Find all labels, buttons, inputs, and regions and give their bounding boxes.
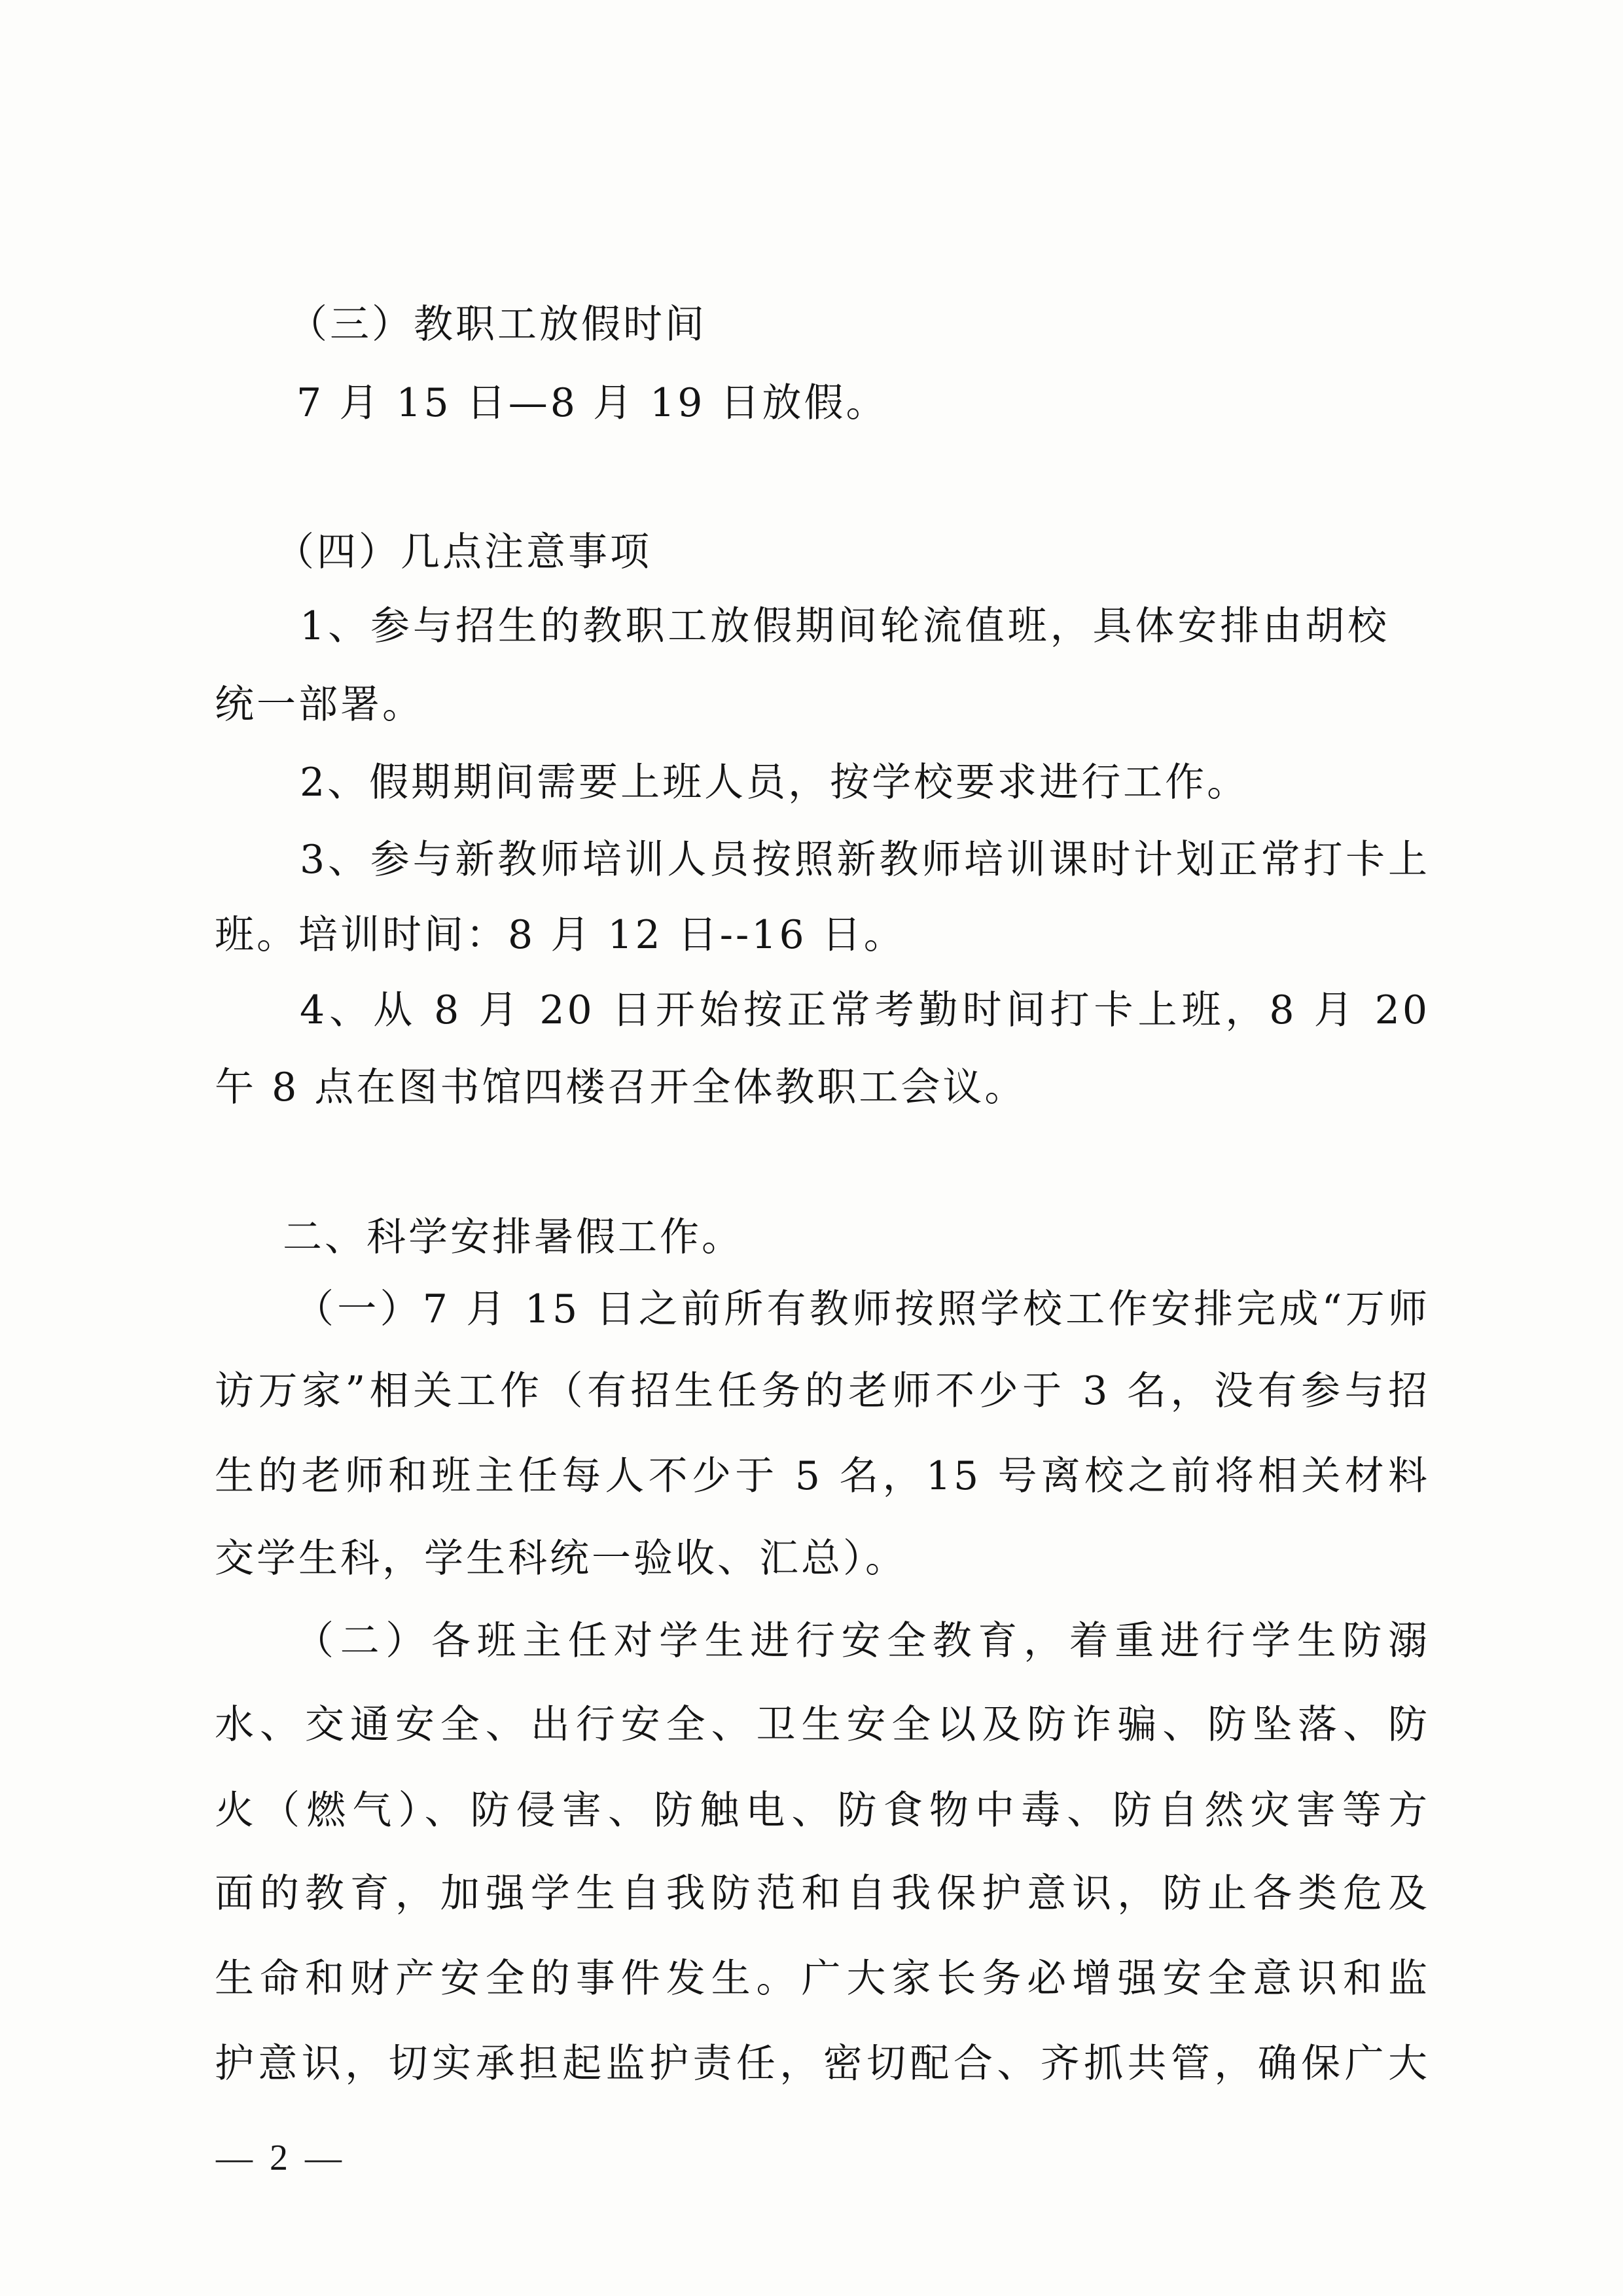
work-item-2-line-6: 护意识，切实承担起监护责任，密切配合、齐抓共管，确保广大	[215, 2040, 1430, 2087]
note-item-1-line-1: 1、参与招生的教职工放假期间轮流值班，具体安排由胡校长	[300, 603, 1389, 650]
work-item-1-line-4: 交学生科，学生科统一验收、汇总）。	[215, 1535, 907, 1582]
page-number: — 2 —	[216, 2134, 346, 2181]
work-item-2-line-2: 水、交通安全、出行安全、卫生安全以及防诈骗、防坠落、防	[215, 1701, 1430, 1748]
note-item-4-line-1: 4、从 8 月 20 日开始按正常考勤时间打卡上班，8 月 20 日上	[300, 987, 1430, 1034]
note-item-2-line-1: 2、假期期间需要上班人员，按学校要求进行工作。	[300, 759, 1249, 806]
work-item-1-line-1: （一）7 月 15 日之前所有教师按照学校工作安排完成“万师	[294, 1286, 1430, 1333]
work-item-2-line-4: 面的教育，加强学生自我防范和自我保护意识，防止各类危及	[215, 1870, 1430, 1917]
work-item-2-line-5: 生命和财产安全的事件发生。广大家长务必增强安全意识和监	[215, 1955, 1430, 2002]
section-heading-summer-work: 二、科学安排暑假工作。	[283, 1214, 743, 1261]
work-item-2-line-1: （二）各班主任对学生进行安全教育，着重进行学生防溺	[294, 1617, 1430, 1665]
work-item-1-line-2: 访万家”相关工作（有招生任务的老师不少于 3 名，没有参与招	[215, 1368, 1430, 1415]
note-item-3-line-1: 3、参与新教师培训人员按照新教师培训课时计划正常打卡上	[300, 836, 1430, 883]
note-item-1-line-2: 统一部署。	[215, 681, 424, 728]
work-item-2-line-3: 火（燃气）、防侵害、防触电、防食物中毒、防自然灾害等方	[215, 1787, 1430, 1834]
note-item-3-line-2: 班。培训时间：8 月 12 日--16 日。	[215, 911, 906, 959]
document-page: （三）教职工放假时间 7 月 15 日—8 月 19 日放假。 （四）几点注意事…	[0, 0, 1623, 2296]
section-heading-vacation-time: （三）教职工放假时间	[288, 301, 707, 348]
section-heading-notes: （四）几点注意事项	[275, 529, 652, 576]
work-item-1-line-3: 生的老师和班主任每人不少于 5 名，15 号离校之前将相关材料上	[215, 1453, 1430, 1500]
paragraph-vacation-dates: 7 月 15 日—8 月 19 日放假。	[296, 380, 887, 427]
note-item-4-line-2: 午 8 点在图书馆四楼召开全体教职工会议。	[215, 1064, 1026, 1111]
